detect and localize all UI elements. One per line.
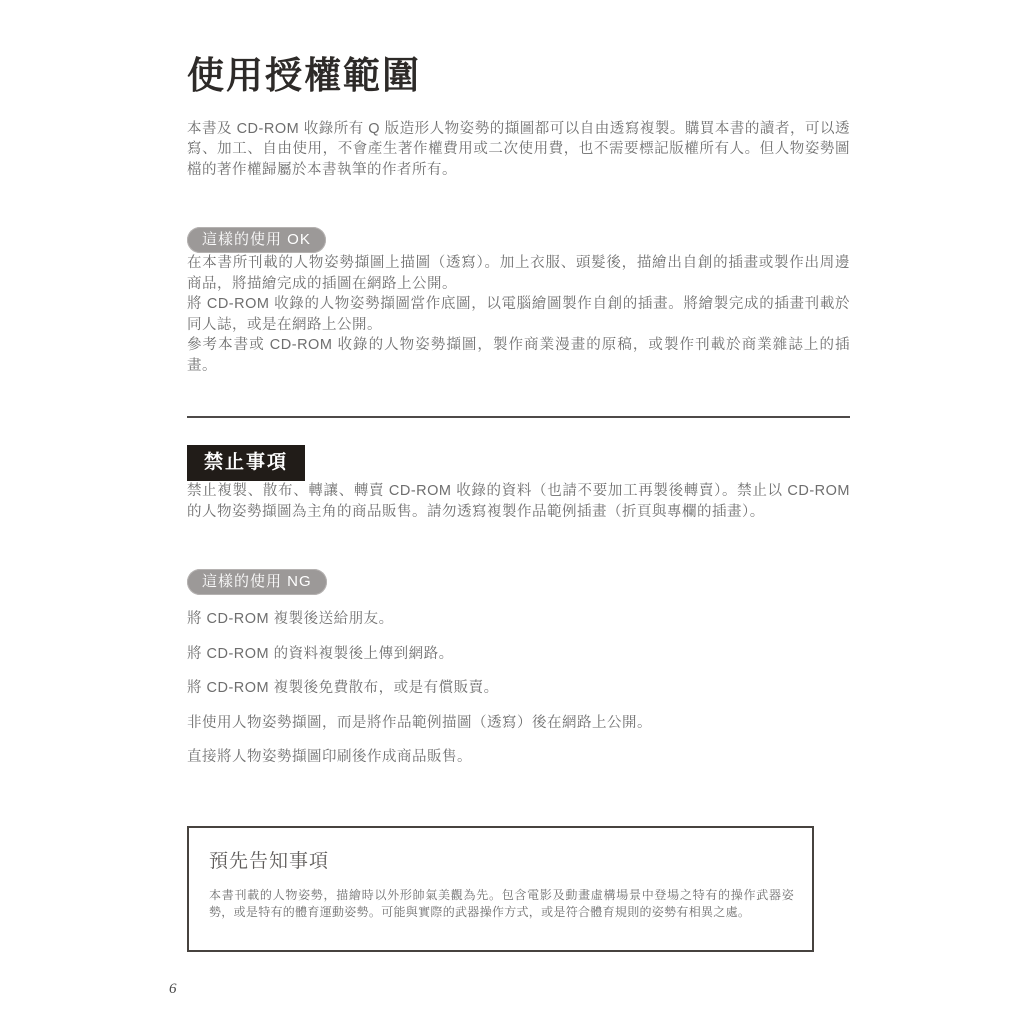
ng-item-4: 非使用人物姿勢擷圖，而是將作品範例描圖（透寫）後在網路上公開。 — [187, 713, 850, 734]
document-page: 使用授權範圍 本書及 CD-ROM 收錄所有 Q 版造形人物姿勢的擷圖都可以自由… — [187, 55, 850, 952]
ok-usage-badge: 這樣的使用 OK — [187, 227, 326, 253]
prohibited-paragraph: 禁止複製、散布、轉讓、轉賣 CD-ROM 收錄的資料（也請不要加工再製後轉賣）。… — [187, 481, 850, 522]
notice-box: 預先告知事項 本書刊載的人物姿勢，描繪時以外形帥氣美觀為先。包含電影及動畫虛構場… — [187, 826, 814, 952]
page-number: 6 — [169, 981, 177, 998]
ng-item-1: 將 CD-ROM 複製後送給朋友。 — [187, 609, 850, 630]
intro-paragraph: 本書及 CD-ROM 收錄所有 Q 版造形人物姿勢的擷圖都可以自由透寫複製。購買… — [187, 119, 850, 181]
ng-section: 這樣的使用 NG 將 CD-ROM 複製後送給朋友。 將 CD-ROM 的資料複… — [187, 569, 850, 768]
page-title: 使用授權範圍 — [187, 55, 850, 98]
ng-usage-badge: 這樣的使用 NG — [187, 569, 327, 595]
ok-paragraph-3: 參考本書或 CD-ROM 收錄的人物姿勢擷圖，製作商業漫畫的原稿，或製作刊載於商… — [187, 335, 850, 376]
ok-paragraph-1: 在本書所刊載的人物姿勢擷圖上描圖（透寫）。加上衣服、頭髮後，描繪出自創的插畫或製… — [187, 253, 850, 294]
prohibited-label: 禁止事項 — [187, 445, 305, 481]
notice-box-title: 預先告知事項 — [209, 846, 794, 873]
ok-paragraph-2: 將 CD-ROM 收錄的人物姿勢擷圖當作底圖，以電腦繪圖製作自創的插畫。將繪製完… — [187, 294, 850, 335]
notice-box-body: 本書刊載的人物姿勢，描繪時以外形帥氣美觀為先。包含電影及動畫虛構場景中登場之特有… — [209, 887, 794, 922]
prohibited-section: 禁止事項 禁止複製、散布、轉讓、轉賣 CD-ROM 收錄的資料（也請不要加工再製… — [187, 418, 850, 522]
ok-section: 這樣的使用 OK 在本書所刊載的人物姿勢擷圖上描圖（透寫）。加上衣服、頭髮後，描… — [187, 227, 850, 376]
ng-item-5: 直接將人物姿勢擷圖印刷後作成商品販售。 — [187, 747, 850, 768]
ng-item-2: 將 CD-ROM 的資料複製後上傳到網路。 — [187, 644, 850, 665]
ng-item-3: 將 CD-ROM 複製後免費散布，或是有償販賣。 — [187, 678, 850, 699]
